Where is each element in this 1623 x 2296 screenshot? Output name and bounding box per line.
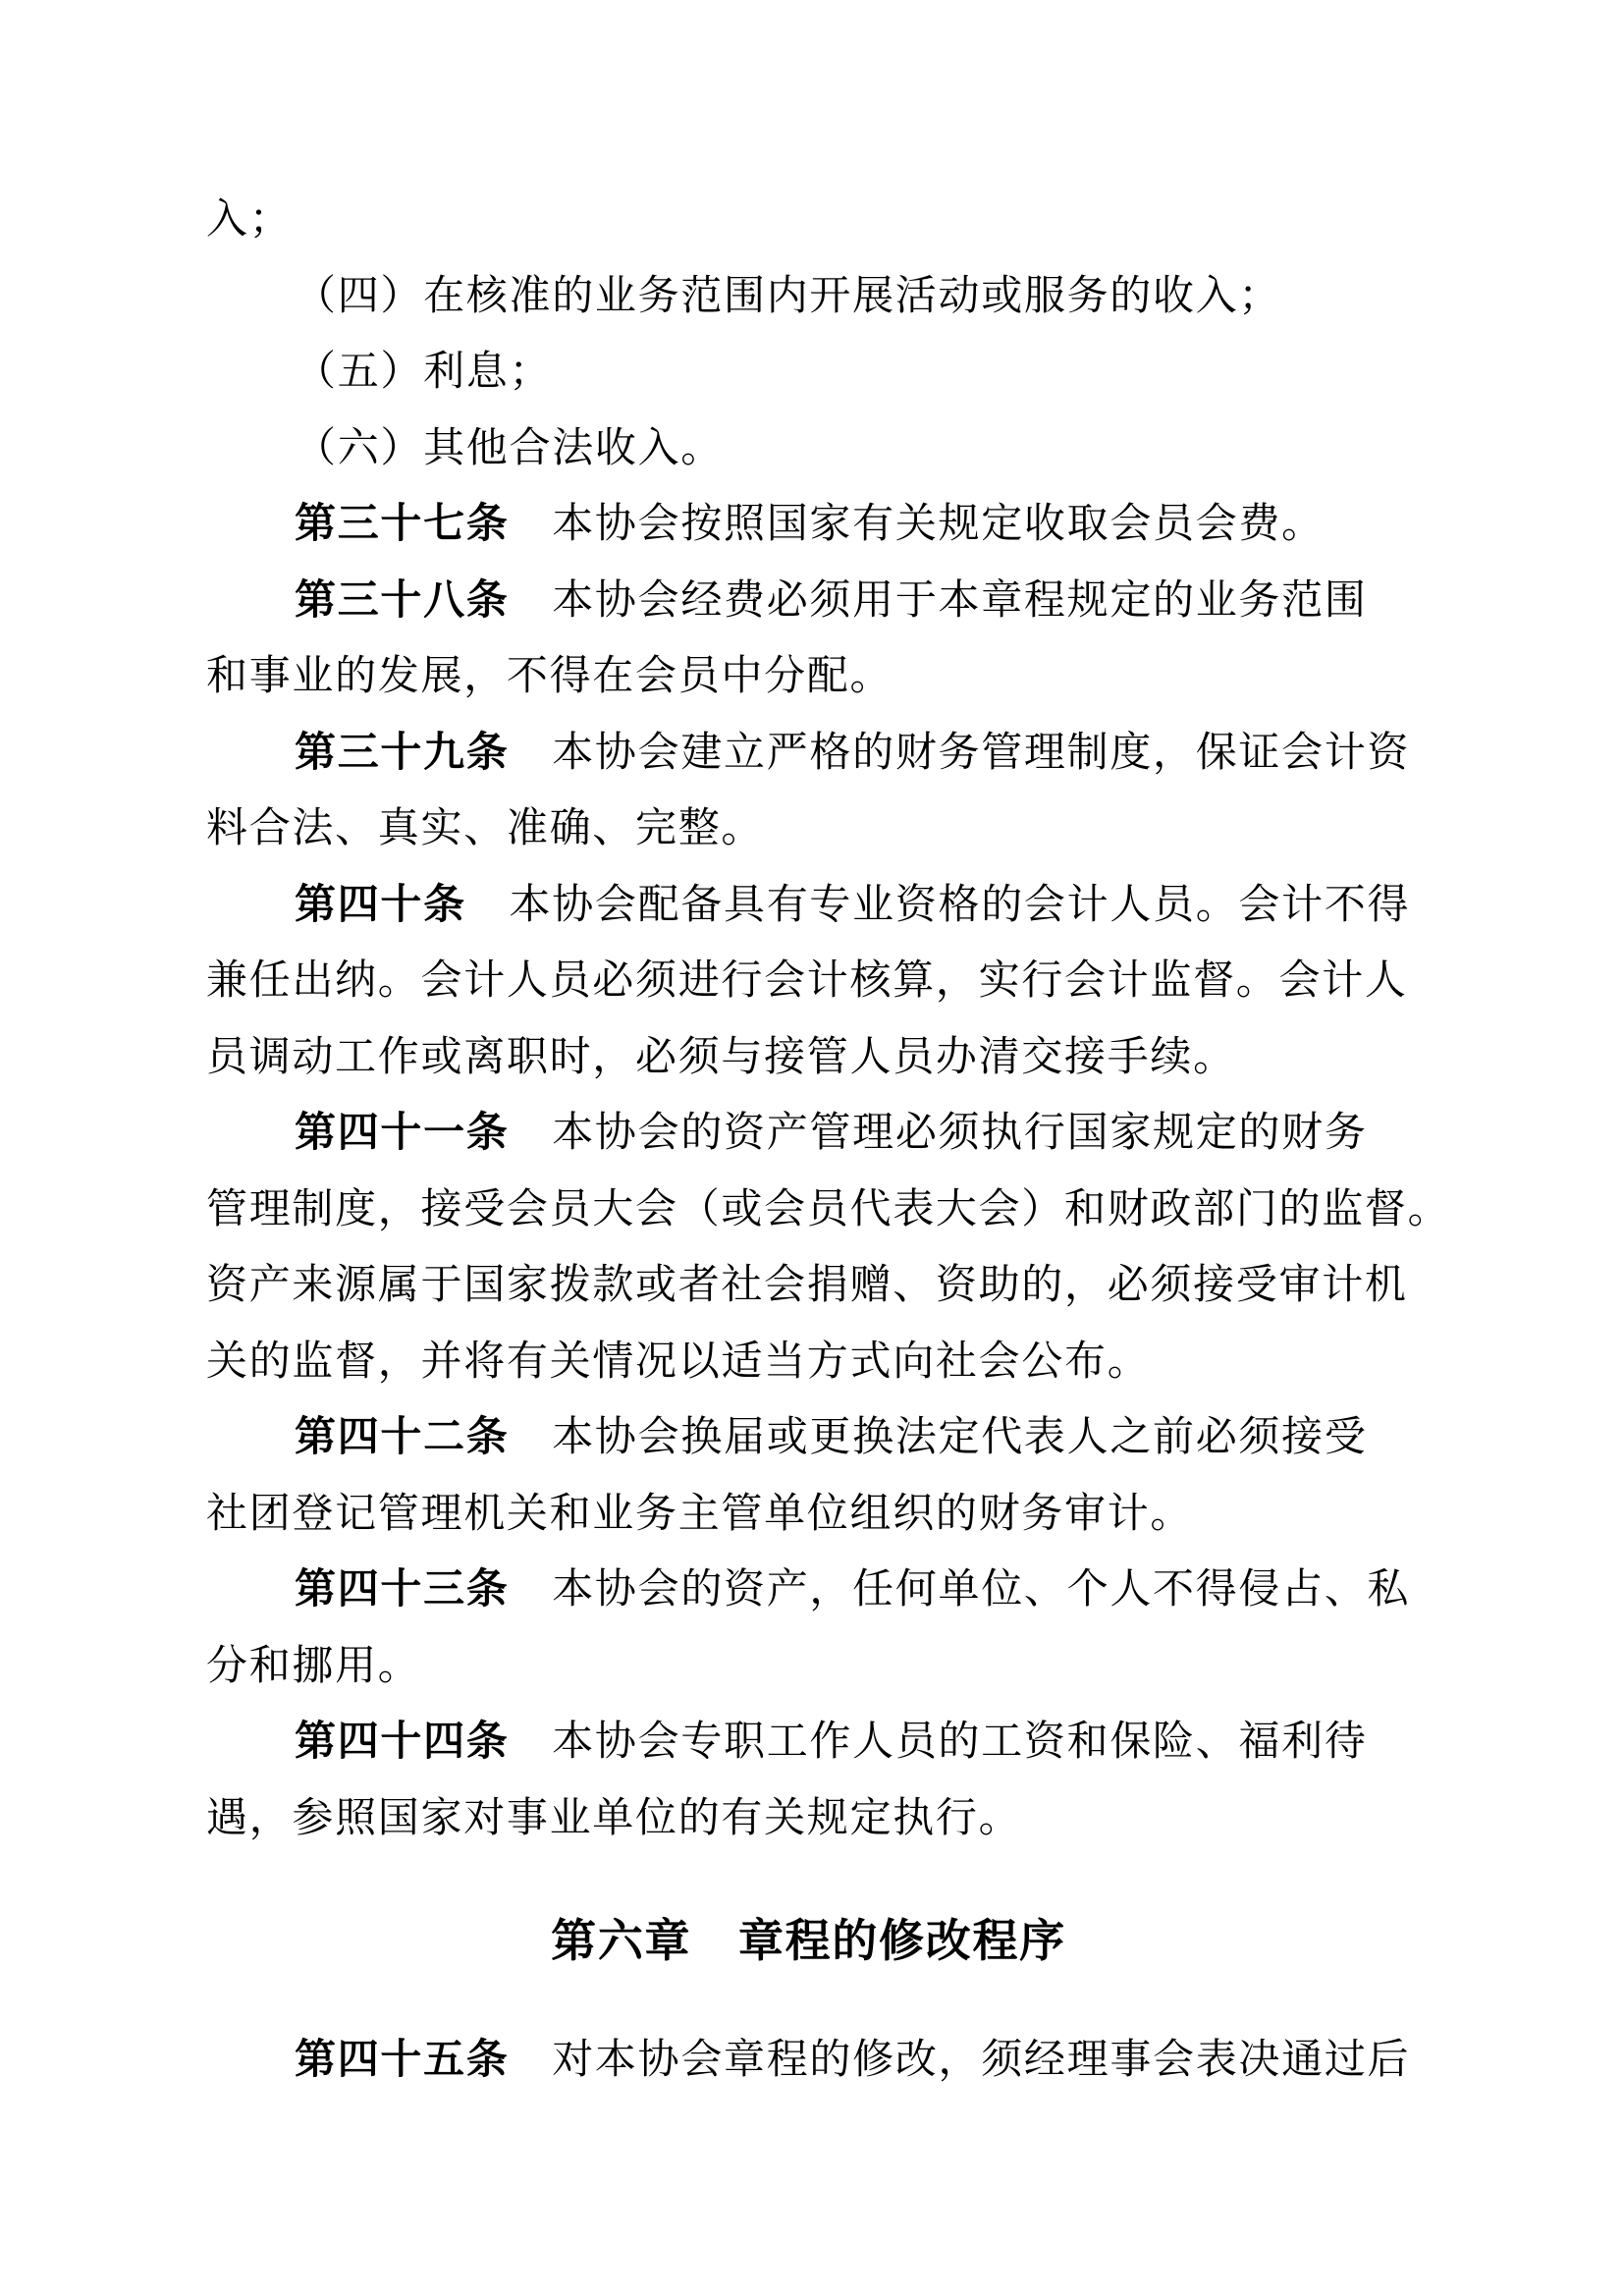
line-text: 本协会配备具有专业资格的会计人员。会计不得	[466, 883, 1410, 928]
doc-line: 第四十一条 本协会的资产管理必须执行国家规定的财务	[206, 1096, 1411, 1173]
line-text: 本协会的资产，任何单位、个人不得侵占、私	[510, 1567, 1411, 1613]
article-number: 第四十二条	[295, 1415, 510, 1460]
line-text: （五）利息；	[295, 350, 552, 395]
line-text: 本协会的资产管理必须执行国家规定的财务	[510, 1111, 1368, 1156]
chapter-heading: 第六章 章程的修改程序	[206, 1903, 1411, 1980]
line-text: 本协会建立严格的财务管理制度，保证会计资	[510, 731, 1411, 776]
line-text: 遇，参照国家对事业单位的有关规定执行。	[206, 1796, 1021, 1841]
article-number: 第三十七条	[295, 502, 510, 547]
article-number: 第四十一条	[295, 1111, 510, 1156]
document-page: 入； （四）在核准的业务范围内开展活动或服务的收入； （五）利息； （六）其他合…	[0, 0, 1623, 2296]
doc-line: 关的监督，并将有关情况以适当方式向社会公布。	[206, 1325, 1411, 1401]
article-number: 第三十八条	[295, 578, 510, 624]
doc-line: 第三十七条 本协会按照国家有关规定收取会员会费。	[206, 487, 1411, 564]
line-text: 料合法、真实、准确、完整。	[206, 806, 764, 851]
doc-line: 第四十条 本协会配备具有专业资格的会计人员。会计不得	[206, 868, 1411, 945]
article-number: 第四十五条	[295, 2038, 510, 2083]
line-text: 本协会换届或更换法定代表人之前必须接受	[510, 1415, 1368, 1460]
line-text: 本协会经费必须用于本章程规定的业务范围	[510, 578, 1368, 624]
doc-line: （四）在核准的业务范围内开展活动或服务的收入；	[206, 259, 1411, 336]
line-text: 管理制度，接受会员大会（或会员代表大会）和财政部门的监督。	[206, 1187, 1450, 1232]
line-text: 社团登记管理机关和业务主管单位组织的财务审计。	[206, 1492, 1193, 1537]
doc-line: 和事业的发展，不得在会员中分配。	[206, 639, 1411, 716]
chapter-title: 章程的修改程序	[691, 1916, 1066, 1966]
doc-line: 员调动工作或离职时，必须与接管人员办清交接手续。	[206, 1020, 1411, 1097]
line-text: （四）在核准的业务范围内开展活动或服务的收入；	[295, 274, 1281, 319]
line-text: 关的监督，并将有关情况以适当方式向社会公布。	[206, 1339, 1150, 1385]
doc-line: 第三十八条 本协会经费必须用于本章程规定的业务范围	[206, 564, 1411, 640]
line-text: 兼任出纳。会计人员必须进行会计核算，实行会计监督。会计人	[206, 958, 1408, 1004]
doc-line: 第四十三条 本协会的资产，任何单位、个人不得侵占、私	[206, 1553, 1411, 1629]
doc-line: 社团登记管理机关和业务主管单位组织的财务审计。	[206, 1477, 1411, 1554]
doc-line: （六）其他合法收入。	[206, 411, 1411, 488]
line-text: 本协会专职工作人员的工资和保险、福利待	[510, 1720, 1368, 1765]
doc-line: 兼任出纳。会计人员必须进行会计核算，实行会计监督。会计人	[206, 944, 1411, 1020]
article-number: 第三十九条	[295, 731, 510, 776]
line-text: 入；	[206, 197, 292, 243]
doc-line: 入；	[206, 183, 1411, 259]
doc-line: 第四十五条 对本协会章程的修改，须经理事会表决通过后	[206, 2023, 1411, 2100]
line-text: 本协会按照国家有关规定收取会员会费。	[510, 502, 1325, 547]
doc-line: 遇，参照国家对事业单位的有关规定执行。	[206, 1781, 1411, 1858]
doc-line: （五）利息；	[206, 335, 1411, 411]
doc-line: 料合法、真实、准确、完整。	[206, 792, 1411, 868]
chapter-number: 第六章	[551, 1916, 691, 1966]
article-number: 第四十三条	[295, 1567, 510, 1613]
line-text: 和事业的发展，不得在会员中分配。	[206, 654, 893, 699]
line-text: （六）其他合法收入。	[295, 426, 724, 471]
doc-line: 第三十九条 本协会建立严格的财务管理制度，保证会计资	[206, 716, 1411, 793]
line-text: 分和挪用。	[206, 1644, 421, 1689]
article-number: 第四十四条	[295, 1720, 510, 1765]
doc-line: 资产来源属于国家拨款或者社会捐赠、资助的，必须接受审计机	[206, 1248, 1411, 1325]
line-text: 员调动工作或离职时，必须与接管人员办清交接手续。	[206, 1035, 1236, 1080]
doc-line: 第四十二条 本协会换届或更换法定代表人之前必须接受	[206, 1400, 1411, 1477]
doc-line: 管理制度，接受会员大会（或会员代表大会）和财政部门的监督。	[206, 1173, 1411, 1249]
article-number: 第四十条	[295, 883, 466, 928]
doc-line: 分和挪用。	[206, 1629, 1411, 1706]
line-text: 对本协会章程的修改，须经理事会表决通过后	[510, 2038, 1411, 2083]
line-text: 资产来源属于国家拨款或者社会捐赠、资助的，必须接受审计机	[206, 1263, 1408, 1308]
doc-line: 第四十四条 本协会专职工作人员的工资和保险、福利待	[206, 1705, 1411, 1781]
document-text-block: 入； （四）在核准的业务范围内开展活动或服务的收入； （五）利息； （六）其他合…	[206, 183, 1411, 2099]
